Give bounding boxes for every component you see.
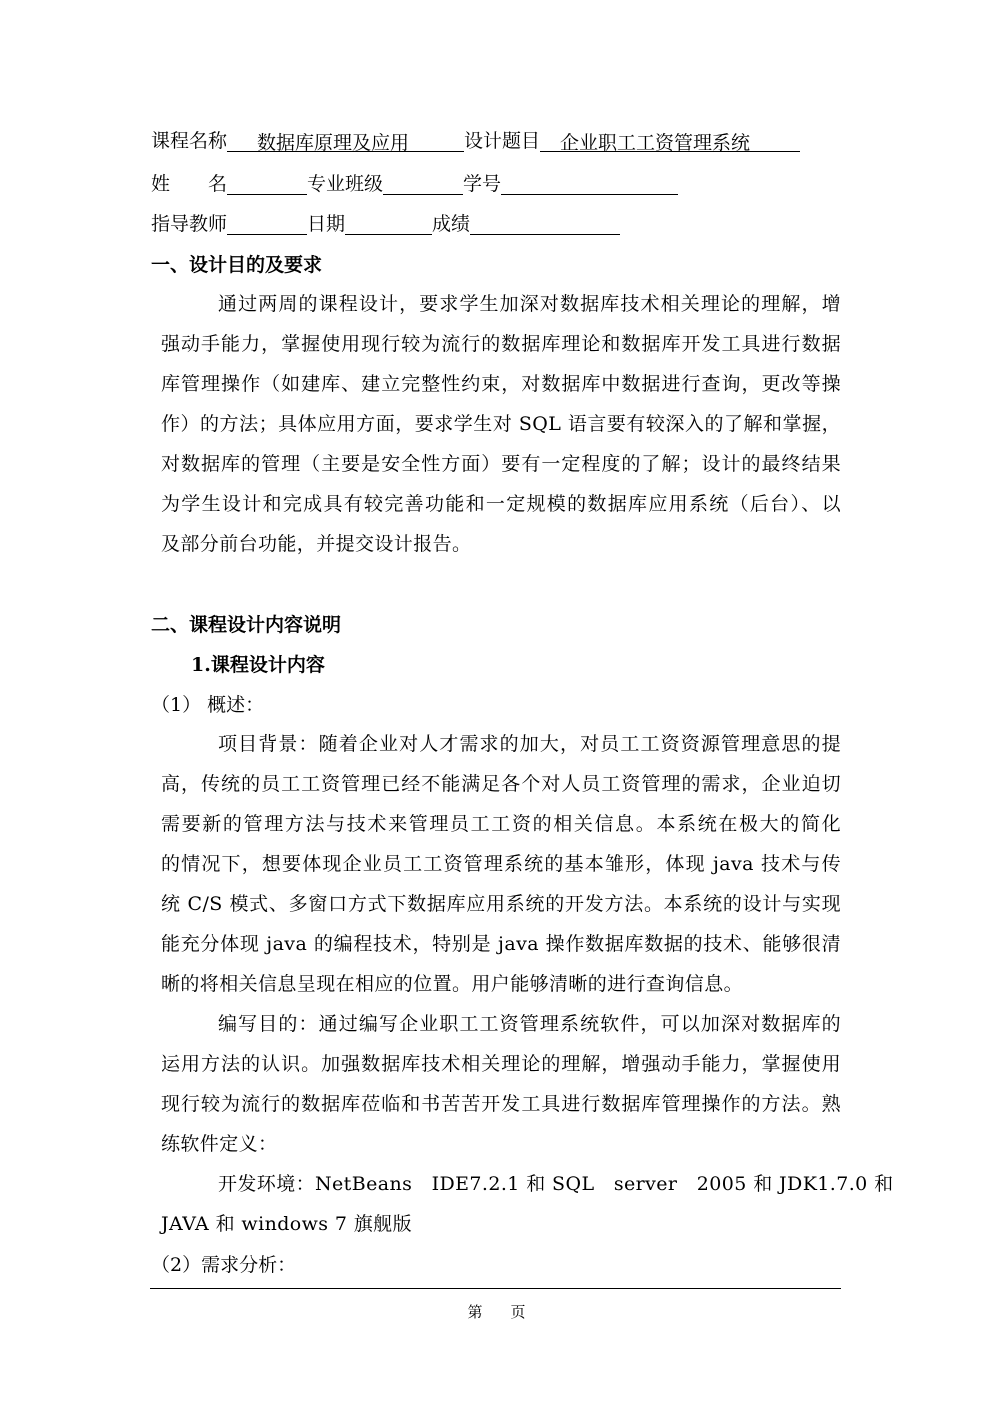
project-background: 项目背景：随着企业对人才需求的加大，对员工工资资源管理意思的提 高，传统的员工工… <box>161 724 841 1004</box>
paragraph-line: 晰的将相关信息呈现在相应的位置。用户能够清晰的进行查询信息。 <box>161 964 841 1004</box>
date-field <box>345 215 432 235</box>
paragraph-line: 现行较为流行的数据库莅临和书苦苦开发工具进行数据库管理操作的方法。熟 <box>161 1084 841 1124</box>
course-name-label: 课程名称 <box>151 130 227 152</box>
paragraph-line: 为学生设计和完成具有较完善功能和一定规模的数据库应用系统（后台）、以 <box>161 484 841 524</box>
page-number: 第页 <box>0 1301 993 1322</box>
header-row-course: 课程名称数据库原理及应用设计题目企业职工工资管理系统 <box>151 130 800 152</box>
item-1-overview: （1） 概述： <box>151 694 264 716</box>
instructor-field <box>227 215 307 235</box>
writing-purpose: 编写目的：通过编写企业职工工资管理系统软件，可以加深对数据库的 运用方法的认识。… <box>161 1004 841 1164</box>
footer-divider <box>150 1288 841 1289</box>
date-label: 日期 <box>307 213 345 235</box>
dev-environment: 开发环境：NetBeans IDE7.2.1 和 SQL server 2005… <box>161 1164 841 1244</box>
design-topic-label: 设计题目 <box>464 130 540 152</box>
section-1-title: 一、设计目的及要求 <box>151 254 322 276</box>
paragraph-line: 能充分体现 java 的编程技术，特别是 java 操作数据库数据的技术、能够很… <box>161 924 841 964</box>
paragraph-line: 统 C/S 模式、多窗口方式下数据库应用系统的开发方法。本系统的设计与实现 <box>161 884 841 924</box>
paragraph-line: 项目背景：随着企业对人才需求的加大，对员工工资资源管理意思的提 <box>161 724 841 764</box>
paragraph-line: 及部分前台功能，并提交设计报告。 <box>161 524 841 564</box>
major-class-label: 专业班级 <box>307 173 383 195</box>
grade-field <box>470 215 620 235</box>
major-class-field <box>383 175 463 195</box>
paragraph-line: JAVA 和 windows 7 旗舰版 <box>161 1204 841 1244</box>
section-1-body: 通过两周的课程设计，要求学生加深对数据库技术相关理论的理解，增 强动手能力，掌握… <box>161 284 841 564</box>
document-page: 课程名称数据库原理及应用设计题目企业职工工资管理系统 姓 名专业班级学号 指导教… <box>0 0 993 1404</box>
paragraph-line: 库管理操作（如建库、建立完整性约束，对数据库中数据进行查询，更改等操 <box>161 364 841 404</box>
paragraph-line: 作）的方法；具体应用方面，要求学生对 SQL 语言要有较深入的了解和掌握， <box>161 404 841 444</box>
paragraph-line: 运用方法的认识。加强数据库技术相关理论的理解，增强动手能力，掌握使用 <box>161 1044 841 1084</box>
section-2-subtitle: 1.课程设计内容 <box>191 654 325 676</box>
paragraph-line: 对数据库的管理（主要是安全性方面）要有一定程度的了解；设计的最终结果 <box>161 444 841 484</box>
student-id-field <box>501 175 678 195</box>
design-topic-value: 企业职工工资管理系统 <box>560 132 750 154</box>
name-field <box>227 175 307 195</box>
paragraph-line: 高，传统的员工工资管理已经不能满足各个对人员工资管理的需求，企业迫切 <box>161 764 841 804</box>
paragraph-line: 开发环境：NetBeans IDE7.2.1 和 SQL server 2005… <box>161 1164 841 1204</box>
header-row-instructor: 指导教师日期成绩 <box>151 213 620 235</box>
paragraph-line: 编写目的：通过编写企业职工工资管理系统软件，可以加深对数据库的 <box>161 1004 841 1044</box>
header-row-student: 姓 名专业班级学号 <box>151 173 678 195</box>
paragraph-line: 的情况下，想要体现企业员工工资管理系统的基本雏形，体现 java 技术与传 <box>161 844 841 884</box>
item-2-requirements: （2）需求分析： <box>151 1254 296 1276</box>
page-prefix: 第 <box>467 1303 482 1321</box>
paragraph-line: 需要新的管理方法与技术来管理员工工资的相关信息。本系统在极大的简化 <box>161 804 841 844</box>
course-name-value: 数据库原理及应用 <box>257 132 409 154</box>
section-2-title: 二、课程设计内容说明 <box>151 614 341 636</box>
design-topic-field: 企业职工工资管理系统 <box>540 132 800 152</box>
page-suffix: 页 <box>511 1303 526 1321</box>
paragraph-line: 练软件定义： <box>161 1124 841 1164</box>
instructor-label: 指导教师 <box>151 213 227 235</box>
paragraph-line: 通过两周的课程设计，要求学生加深对数据库技术相关理论的理解，增 <box>161 284 841 324</box>
student-id-label: 学号 <box>463 173 501 195</box>
grade-label: 成绩 <box>432 213 470 235</box>
course-name-field: 数据库原理及应用 <box>227 132 464 152</box>
paragraph-line: 强动手能力，掌握使用现行较为流行的数据库理论和数据库开发工具进行数据 <box>161 324 841 364</box>
name-label: 姓 名 <box>151 173 227 195</box>
